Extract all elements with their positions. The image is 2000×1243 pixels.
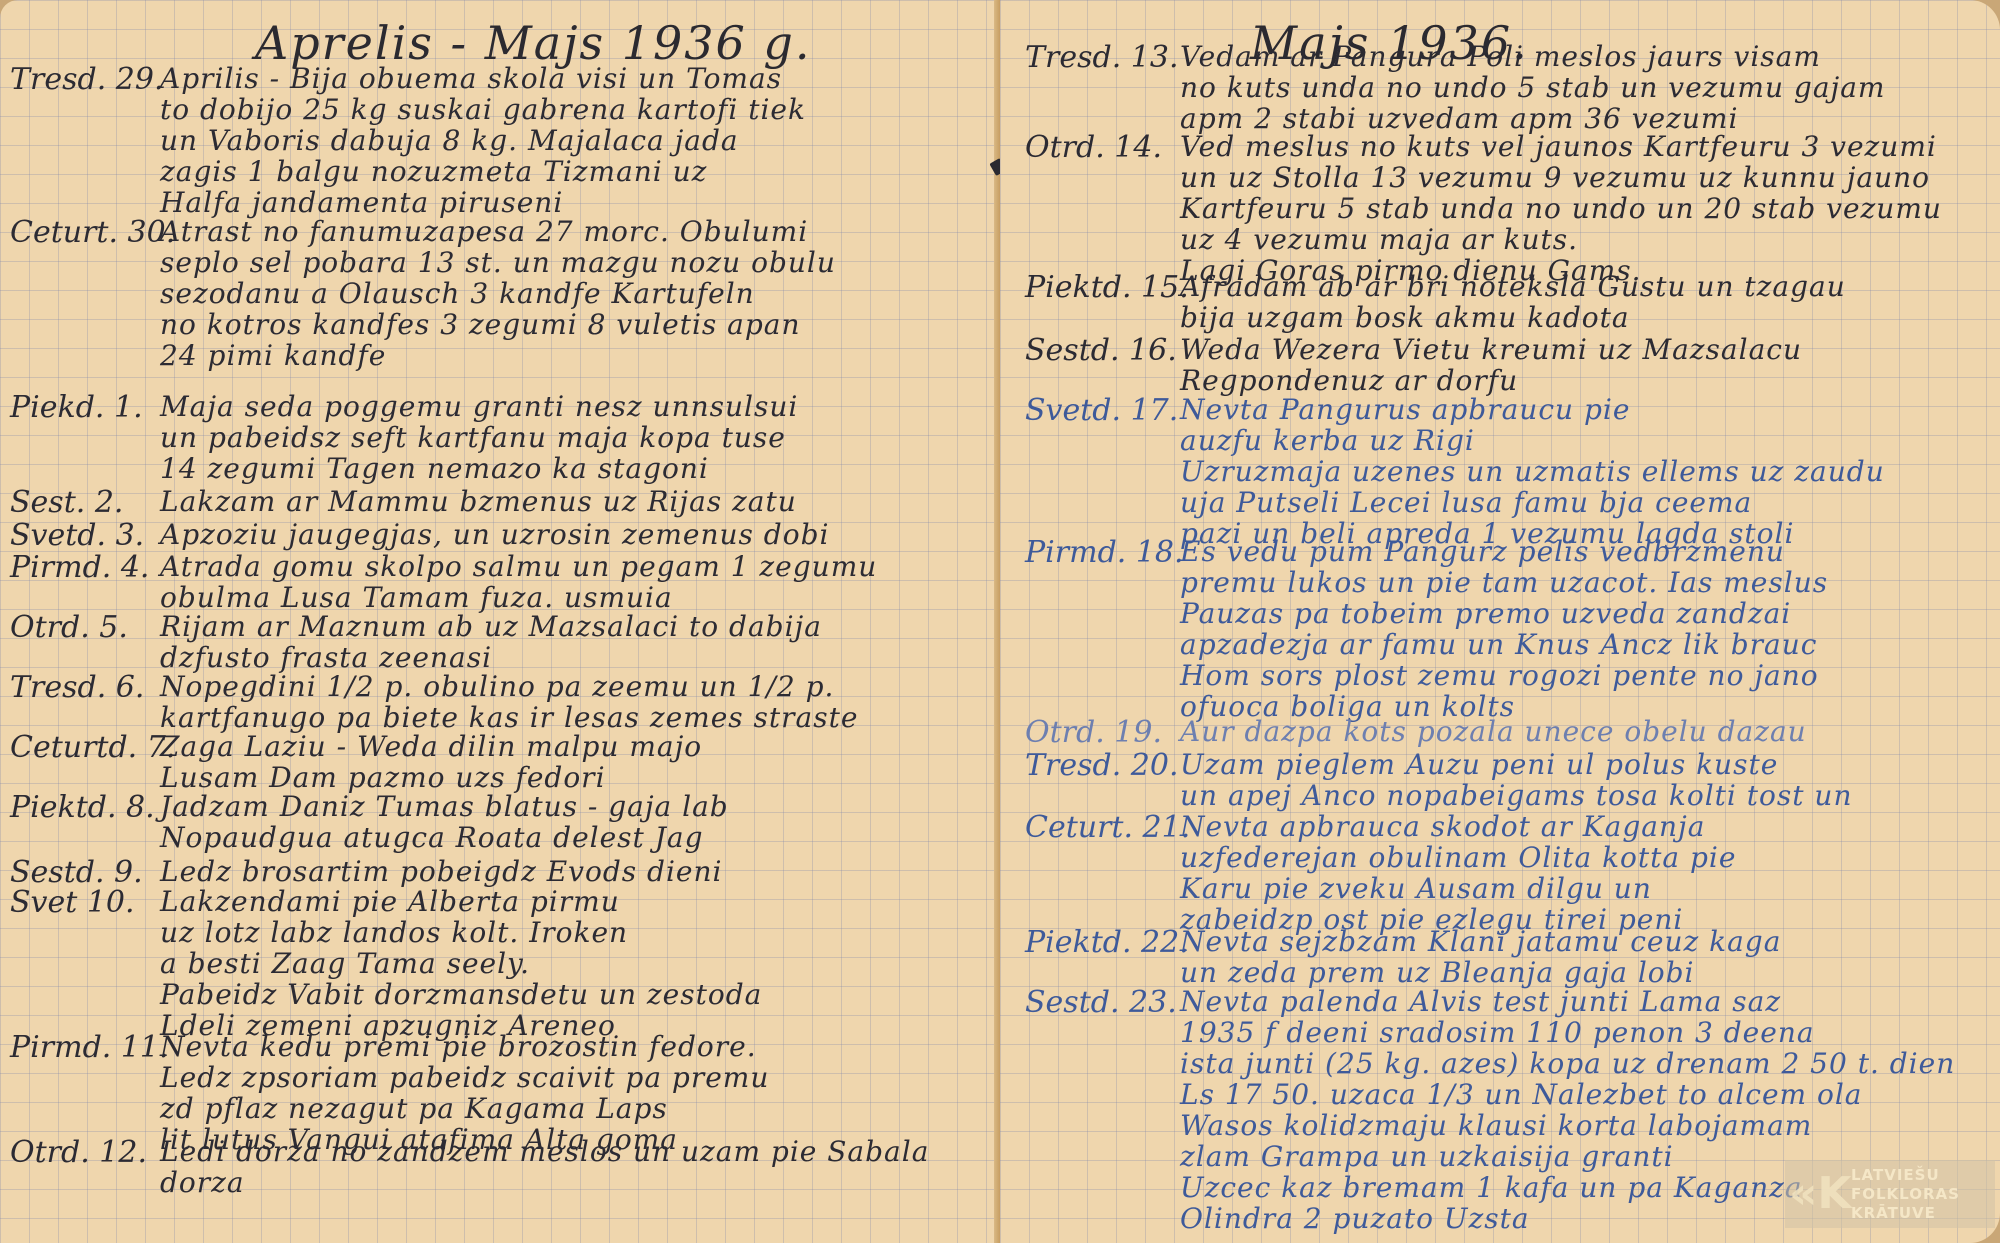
entry-date: Ceturt. 21. bbox=[1025, 810, 1190, 845]
watermark-line-1: LATVIEŠU bbox=[1851, 1166, 1960, 1185]
entry-line: uz lotz labz landos kolt. Iroken bbox=[160, 916, 628, 949]
entry-line: Nevta palenda Alvis test junti Lama saz bbox=[1180, 985, 1781, 1018]
entry-line: Uzruzmaja uzenes un uzmatis ellems uz za… bbox=[1180, 455, 1885, 488]
entry-line: Nevta apbrauca skodot ar Kaganja bbox=[1180, 810, 1705, 843]
entry-line: Uzcec kaz bremam 1 kafa un pa Kaganza bbox=[1180, 1171, 1803, 1204]
entry-line: un uz Stolla 13 vezumu 9 vezumu uz kunnu… bbox=[1180, 161, 1930, 194]
entry-date: Otrd. 12. bbox=[10, 1135, 147, 1170]
entry-date: Otrd. 19. bbox=[1025, 715, 1162, 750]
watermark-line-2: FOLKLORAS bbox=[1851, 1185, 1960, 1204]
entry-line: no kuts unda no undo 5 stab un vezumu ga… bbox=[1180, 71, 1885, 104]
entry-date: Piektd. 22. bbox=[1025, 925, 1189, 960]
entry-line: Hom sors plost zemu rogozi pente no jano bbox=[1180, 659, 1819, 692]
diary-spread: Aprelis - Majs 1936 g. Tresd. 29.Aprilis… bbox=[0, 0, 2000, 1243]
entry-line: Karu pie zveku Ausam dilgu un bbox=[1180, 872, 1652, 905]
entry-line: Nevta kedu premi pie brozostin fedore. bbox=[160, 1030, 757, 1063]
archive-watermark: «K LATVIEŠU FOLKLORAS KRĀTUVE bbox=[1785, 1160, 1995, 1228]
entry-line: Maja seda poggemu granti nesz unnsulsui bbox=[160, 390, 798, 423]
entry-date: Pirmd. 18. bbox=[1025, 535, 1184, 570]
archive-logo-icon: «K bbox=[1789, 1168, 1851, 1220]
right-page: Majs 1936. Tresd. 13.Vedam ar Pangura Po… bbox=[1000, 0, 2000, 1243]
entry-line: zd pflaz nezagut pa Kagama Laps bbox=[160, 1092, 668, 1125]
entry-line: Lakzendami pie Alberta pirmu bbox=[160, 885, 620, 918]
entry-line: un Vaboris dabuja 8 kg. Majalaca jada bbox=[160, 124, 739, 157]
entry-date: Pirmd. 11. bbox=[10, 1030, 169, 1065]
entry-date: Otrd. 5. bbox=[10, 610, 128, 645]
entry-line: Ledz zpsoriam pabeidz scaivit pa premu bbox=[160, 1061, 769, 1094]
entry-line: uja Putseli Lecei lusa famu bja ceema bbox=[1180, 486, 1752, 519]
entry-line: un apej Anco nopabeigams tosa kolti tost… bbox=[1180, 779, 1852, 812]
entry-line: auzfu kerba uz Rigi bbox=[1180, 424, 1475, 457]
entry-line: Atrast no fanumuzapesa 27 morc. Obulumi bbox=[160, 215, 808, 248]
entry-date: Otrd. 14. bbox=[1025, 130, 1162, 165]
entry-line: Aur dazpa kots pozala unece obelu dazau bbox=[1180, 715, 1807, 748]
entry-date: Tresd. 6. bbox=[10, 670, 144, 705]
entry-date: Pirmd. 4. bbox=[10, 550, 149, 585]
entry-line: Kartfeuru 5 stab unda no undo un 20 stab… bbox=[1180, 192, 1942, 225]
entry-line: Wasos kolidzmaju klausi korta labojamam bbox=[1180, 1109, 1812, 1142]
entry-line: ista junti (25 kg. azes) kopa uz drenam … bbox=[1180, 1047, 1955, 1080]
entry-line: Ledz brosartim pobeigdz Evods dieni bbox=[160, 855, 723, 888]
watermark-line-3: KRĀTUVE bbox=[1851, 1204, 1960, 1223]
entry-line: Ledi dorza no zandzem meslos un uzam pie… bbox=[160, 1135, 929, 1168]
entry-line: uzfederejan obulinam Olita kotta pie bbox=[1180, 841, 1736, 874]
entry-date: Sestd. 23. bbox=[1025, 985, 1177, 1020]
entry-line: bija uzgam bosk akmu kadota bbox=[1180, 301, 1630, 334]
entry-date: Piekd. 1. bbox=[10, 390, 143, 425]
entry-line: apzadezja ar famu un Knus Ancz lik brauc bbox=[1180, 628, 1817, 661]
entry-line: Uzam pieglem Auzu peni ul polus kuste bbox=[1180, 748, 1778, 781]
entry-date: Tresd. 13. bbox=[1025, 40, 1179, 75]
entry-line: dorza bbox=[160, 1166, 245, 1199]
entry-date: Ceturt. 30. bbox=[10, 215, 175, 250]
entry-date: Sest. 2. bbox=[10, 485, 123, 520]
entry-line: no kotros kandfes 3 zegumi 8 vuletis apa… bbox=[160, 308, 801, 341]
entry-line: Lakzam ar Mammu bzmenus uz Rijas zatu bbox=[160, 485, 797, 518]
entry-date: Ceturtd. 7. bbox=[10, 730, 175, 765]
entry-date: Sestd. 16. bbox=[1025, 333, 1177, 368]
entry-line: Weda Wezera Vietu kreumi uz Mazsalacu bbox=[1180, 333, 1802, 366]
entry-line: sezodanu a Olausch 3 kandfe Kartufeln bbox=[160, 277, 755, 310]
entry-line: Jadzam Daniz Tumas blatus - gaja lab bbox=[160, 790, 729, 823]
entry-line: Ls 17 50. uzaca 1/3 un Nalezbet to alcem… bbox=[1180, 1078, 1863, 1111]
watermark-text: LATVIEŠU FOLKLORAS KRĀTUVE bbox=[1851, 1166, 1960, 1223]
entry-line: Nevta sejzbzam Klani jatamu ceuz kaga bbox=[1180, 925, 1781, 958]
entry-date: Svetd. 3. bbox=[10, 518, 144, 553]
entry-line: Aprilis - Bija obuema skola visi un Toma… bbox=[160, 62, 782, 95]
entry-line: 1935 f deeni sradosim 110 penon 3 deena bbox=[1180, 1016, 1815, 1049]
entry-line: premu lukos un pie tam uzacot. Ias meslu… bbox=[1180, 566, 1828, 599]
entry-date: Piektd. 8. bbox=[10, 790, 155, 825]
entry-line: Pabeidz Vabit dorzmansdetu un zestoda bbox=[160, 978, 762, 1011]
entry-date: Piektd. 15. bbox=[1025, 270, 1189, 305]
entry-line: Atrada gomu skolpo salmu un pegam 1 zegu… bbox=[160, 550, 877, 583]
entry-line: Nopaudgua atugca Roata delest Jag bbox=[160, 821, 704, 854]
entry-line: Rijam ar Maznum ab uz Mazsalaci to dabij… bbox=[160, 610, 822, 643]
entry-line: Pauzas pa tobeim premo uzveda zandzai bbox=[1180, 597, 1791, 630]
entry-line: Nopegdini 1/2 p. obulino pa zeemu un 1/2… bbox=[160, 670, 834, 703]
entry-line: Olindra 2 puzato Uzsta bbox=[1180, 1202, 1530, 1235]
entry-line: Zaga Laziu - Weda dilin malpu majo bbox=[160, 730, 702, 763]
entry-date: Tresd. 29. bbox=[10, 62, 164, 97]
left-page: Aprelis - Majs 1936 g. Tresd. 29.Aprilis… bbox=[0, 0, 1000, 1243]
entry-line: Apzoziu jaugegjas, un uzrosin zemenus do… bbox=[160, 518, 829, 551]
entry-line: 14 zegumi Tagen nemazo ka stagoni bbox=[160, 452, 709, 485]
entry-line: a besti Zaag Tama seely. bbox=[160, 947, 530, 980]
entry-line: Vedam ar Pangura Poli meslos jaurs visam bbox=[1180, 40, 1821, 73]
entry-line: zlam Grampa un uzkaisija granti bbox=[1180, 1140, 1674, 1173]
entry-line: Afradam ab ar bri noteksla Gustu un tzag… bbox=[1180, 270, 1846, 303]
entry-line: un pabeidsz seft kartfanu maja kopa tuse bbox=[160, 421, 786, 454]
entry-line: to dobijo 25 kg suskai gabrena kartofi t… bbox=[160, 93, 806, 126]
entry-line: zagis 1 balgu nozuzmeta Tizmani uz bbox=[160, 155, 707, 188]
entry-line: seplo sel pobara 13 st. un mazgu nozu ob… bbox=[160, 246, 836, 279]
entry-date: Tresd. 20. bbox=[1025, 748, 1179, 783]
entry-date: Svetd. 17. bbox=[1025, 393, 1178, 428]
entry-date: Svet 10. bbox=[10, 885, 135, 920]
entry-line: Es vedu pum Pangurz pelis vedbrzmenu bbox=[1180, 535, 1785, 568]
entry-line: uz 4 vezumu maja ar kuts. bbox=[1180, 223, 1578, 256]
entry-line: 24 pimi kandfe bbox=[160, 339, 386, 372]
entry-line: Ved meslus no kuts vel jaunos Kartfeuru … bbox=[1180, 130, 1937, 163]
entry-line: Nevta Pangurus apbraucu pie bbox=[1180, 393, 1630, 426]
